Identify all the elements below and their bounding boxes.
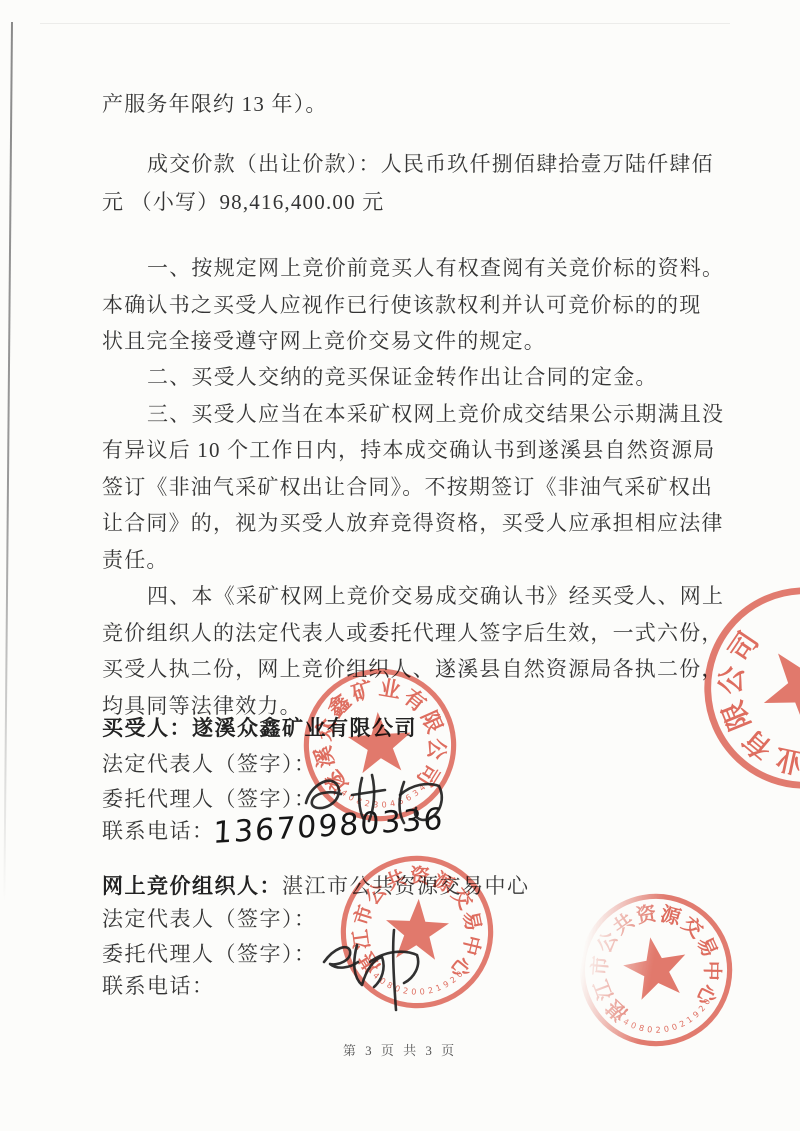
svg-text:众: 众 [311,715,341,743]
text-line: 状且完全接受遵守网上竞价交易文件的规定。 [102,325,722,355]
trade-center-edge-seal: 湛江市公共资源交易中心4408020021920 [575,889,737,1051]
text-line: 有异议后 10 个工作日内，持本成交确认书到遂溪县自然资源局 [102,434,722,464]
svg-text:限: 限 [415,707,447,737]
text-line: 产服务年限约 13 年）。 [102,88,722,118]
svg-text:0: 0 [670,1021,678,1032]
buyer-company-edge-seal: 遂溪众鑫矿业有限公司 [698,581,800,795]
svg-text:公: 公 [714,664,750,696]
svg-text:共: 共 [382,866,409,895]
svg-text:资: 资 [634,902,659,928]
text-line: 责任。 [102,544,722,574]
svg-text:易: 易 [459,909,485,933]
text-line: 本确认书之买受人应视作已行使该款权利并认可竞价标的的现 [102,289,722,319]
svg-text:中: 中 [458,933,485,958]
text-line: 签订《非油气采矿权出让合同》。不按期签订《非油气采矿权出 [102,471,722,501]
text-line: 让合同》的，视为买受人放弃竞得资格，买受人应承担相应法律 [102,507,722,537]
svg-text:2: 2 [678,1018,687,1029]
signature-row-label: 联系电话： [102,970,215,1000]
text-line: 元 （小写）98,416,400.00 元 [102,186,722,216]
svg-text:0: 0 [629,1020,638,1031]
svg-text:业: 业 [377,676,403,704]
text-line: 三、买受人应当在本采矿权网上竞价成交结果公示期满且没 [102,398,767,428]
text-line: 一、按规定网上竞价前竞买人有权查阅有关竞价标的资料。 [102,252,767,282]
svg-text:资: 资 [409,864,431,888]
text-line: 二、买受人交纳的竞买保证金转作出让合同的定金。 [102,361,767,391]
svg-text:9: 9 [441,979,450,990]
text-line: 竞价组织人的法定代表人或委托代理人签字后生效，一式六份， [102,617,722,647]
svg-text:江: 江 [589,976,618,1003]
svg-text:市: 市 [588,955,612,977]
signature-row-label: 法定代表人（签字）： [102,903,317,933]
organizer-label: 网上竞价组织人： [102,874,282,898]
svg-text:0: 0 [663,1023,670,1034]
handwritten-signature-buyer-agent [300,765,470,830]
signature-row-label: 联系电话： [102,815,215,845]
signature-row-label: 法定代表人（签字）： [102,748,317,778]
text-line: 四、本《采矿权网上竞价交易成交确认书》经买受人、网上 [102,580,767,610]
scanned-document-page: 产服务年限约 13 年）。成交价款（出让价款）：人民币玖仟捌佰肆拾壹万陆仟肆佰元… [0,0,800,1131]
svg-text:中: 中 [700,961,723,981]
text-line: 成交价款（出让价款）：人民币玖仟捌佰肆拾壹万陆仟肆佰 [102,148,767,178]
handwritten-signature-organizer-agent [320,922,442,1014]
svg-text:业: 业 [772,741,800,779]
scan-top-artifact [40,23,730,24]
svg-text:公: 公 [423,737,449,761]
signature-row-label: 委托代理人（签字）： [102,938,317,968]
svg-text:2: 2 [655,1025,661,1035]
svg-text:0: 0 [647,1024,653,1034]
svg-text:限: 限 [716,696,757,735]
svg-text:矿: 矿 [348,675,377,707]
scan-edge-artifact [3,22,13,902]
signature-row-label: 委托代理人（签字）： [102,783,317,813]
svg-text:8: 8 [638,1022,645,1033]
